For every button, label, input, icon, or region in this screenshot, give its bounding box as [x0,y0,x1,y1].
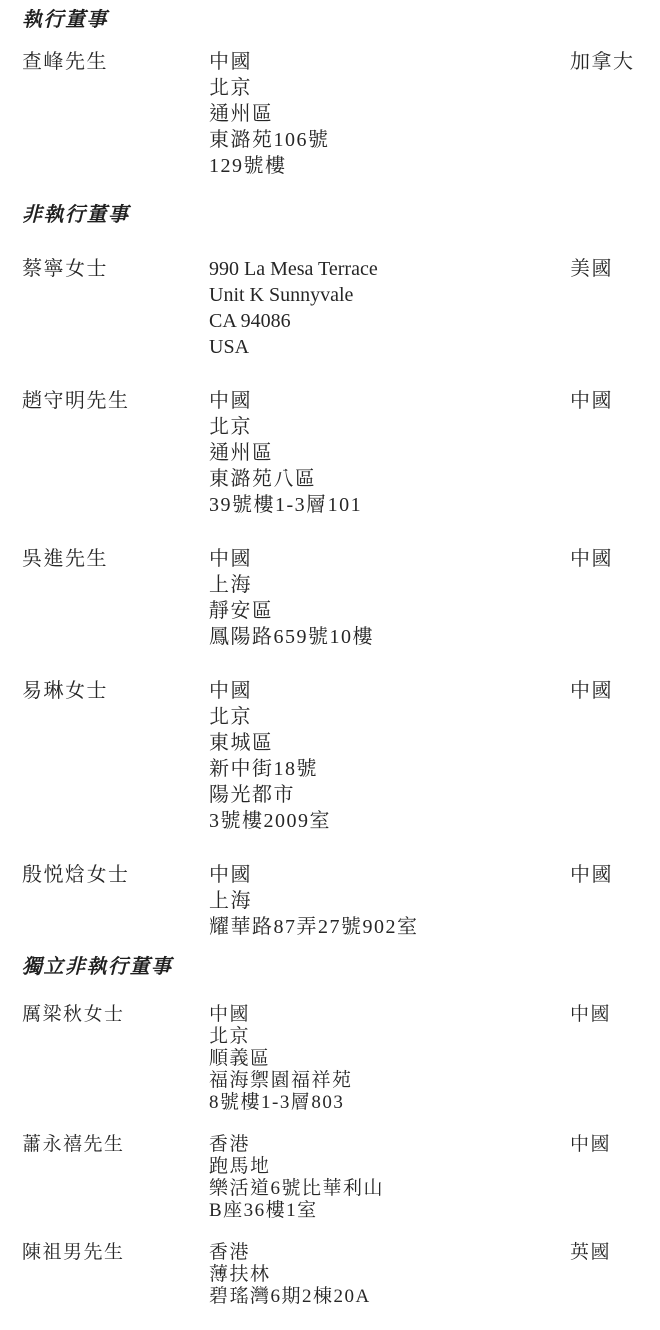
director-section: 非執行董事蔡寧女士990 La Mesa TerraceUnit K Sunny… [22,202,650,940]
address-line: 8號樓1-3層803 [209,1092,570,1114]
address-line: 靜安區 [209,598,570,624]
director-row: 厲梁秋女士中國北京順義區福海禦園福祥苑8號樓1-3層803中國 [22,1004,650,1114]
address-line: 通州區 [209,440,570,466]
address-line: 東潞苑106號 [209,127,570,153]
address-line: 東城區 [209,730,570,756]
section-heading: 執行董事 [22,7,650,33]
director-address: 中國北京順義區福海禦園福祥苑8號樓1-3層803 [209,1004,570,1114]
address-line: 陽光都市 [209,782,570,808]
director-nationality: 中國 [570,862,650,888]
address-line: 香港 [209,1242,570,1264]
director-row: 易琳女士中國北京東城區新中街18號陽光都市3號樓2009室中國 [22,678,650,834]
address-line: 上海 [209,572,570,598]
address-line: 中國 [209,49,570,75]
address-line: 北京 [209,704,570,730]
section-heading: 非執行董事 [22,202,650,228]
address-line: 香港 [209,1134,570,1156]
address-line: 新中街18號 [209,756,570,782]
address-line: 北京 [209,1026,570,1048]
section-heading: 獨立非執行董事 [22,954,650,980]
director-section: 執行董事查峰先生中國北京通州區東潞苑106號129號樓加拿大 [22,7,650,179]
director-nationality: 英國 [570,1242,650,1264]
address-line: 樂活道6號比華利山 [209,1178,570,1200]
director-row: 陳祖男先生香港薄扶林碧瑤灣6期2棟20A英國 [22,1242,650,1308]
director-name: 蕭永禧先生 [22,1134,209,1156]
director-row: 蔡寧女士990 La Mesa TerraceUnit K SunnyvaleC… [22,256,650,360]
director-name: 趙守明先生 [22,388,209,414]
address-line: 薄扶林 [209,1264,570,1286]
directors-list: 執行董事查峰先生中國北京通州區東潞苑106號129號樓加拿大非執行董事蔡寧女士9… [22,7,650,1308]
address-line: Unit K Sunnyvale [209,282,570,308]
director-nationality: 中國 [570,678,650,704]
director-nationality: 中國 [570,1134,650,1156]
director-nationality: 加拿大 [570,49,650,75]
address-line: 中國 [209,546,570,572]
address-line: CA 94086 [209,308,570,334]
director-name: 厲梁秋女士 [22,1004,209,1026]
director-name: 殷悦焓女士 [22,862,209,888]
address-line: 3號樓2009室 [209,808,570,834]
address-line: 碧瑤灣6期2棟20A [209,1286,570,1308]
director-row: 查峰先生中國北京通州區東潞苑106號129號樓加拿大 [22,49,650,179]
director-row: 吳進先生中國上海靜安區鳳陽路659號10樓中國 [22,546,650,650]
director-address: 中國上海靜安區鳳陽路659號10樓 [209,546,570,650]
director-name: 陳祖男先生 [22,1242,209,1264]
director-address: 中國北京東城區新中街18號陽光都市3號樓2009室 [209,678,570,834]
address-line: 中國 [209,388,570,414]
address-line: 上海 [209,888,570,914]
director-nationality: 中國 [570,388,650,414]
address-line: 通州區 [209,101,570,127]
director-row: 趙守明先生中國北京通州區東潞苑八區39號樓1-3層101中國 [22,388,650,518]
address-line: 鳳陽路659號10樓 [209,624,570,650]
director-address: 中國上海耀華路87弄27號902室 [209,862,570,940]
director-section: 獨立非執行董事厲梁秋女士中國北京順義區福海禦園福祥苑8號樓1-3層803中國蕭永… [22,954,650,1308]
address-line: 北京 [209,414,570,440]
address-line: B座36樓1室 [209,1200,570,1222]
director-address: 990 La Mesa TerraceUnit K SunnyvaleCA 94… [209,256,570,360]
address-line: 39號樓1-3層101 [209,492,570,518]
address-line: 129號樓 [209,153,570,179]
director-nationality: 美國 [570,256,650,282]
address-line: 中國 [209,862,570,888]
address-line: 耀華路87弄27號902室 [209,914,570,940]
director-nationality: 中國 [570,1004,650,1026]
address-line: 跑馬地 [209,1156,570,1178]
director-address: 中國北京通州區東潞苑八區39號樓1-3層101 [209,388,570,518]
director-nationality: 中國 [570,546,650,572]
address-line: 中國 [209,1004,570,1026]
director-address: 中國北京通州區東潞苑106號129號樓 [209,49,570,179]
address-line: 東潞苑八區 [209,466,570,492]
address-line: 順義區 [209,1048,570,1070]
director-name: 查峰先生 [22,49,209,75]
address-line: 990 La Mesa Terrace [209,256,570,282]
director-row: 蕭永禧先生香港跑馬地樂活道6號比華利山B座36樓1室中國 [22,1134,650,1222]
director-address: 香港跑馬地樂活道6號比華利山B座36樓1室 [209,1134,570,1222]
director-name: 吳進先生 [22,546,209,572]
address-line: 福海禦園福祥苑 [209,1070,570,1092]
directors-list-page: 執行董事查峰先生中國北京通州區東潞苑106號129號樓加拿大非執行董事蔡寧女士9… [0,7,660,1330]
address-line: 北京 [209,75,570,101]
director-address: 香港薄扶林碧瑤灣6期2棟20A [209,1242,570,1308]
director-name: 易琳女士 [22,678,209,704]
director-row: 殷悦焓女士中國上海耀華路87弄27號902室中國 [22,862,650,940]
director-name: 蔡寧女士 [22,256,209,282]
address-line: USA [209,334,570,360]
address-line: 中國 [209,678,570,704]
